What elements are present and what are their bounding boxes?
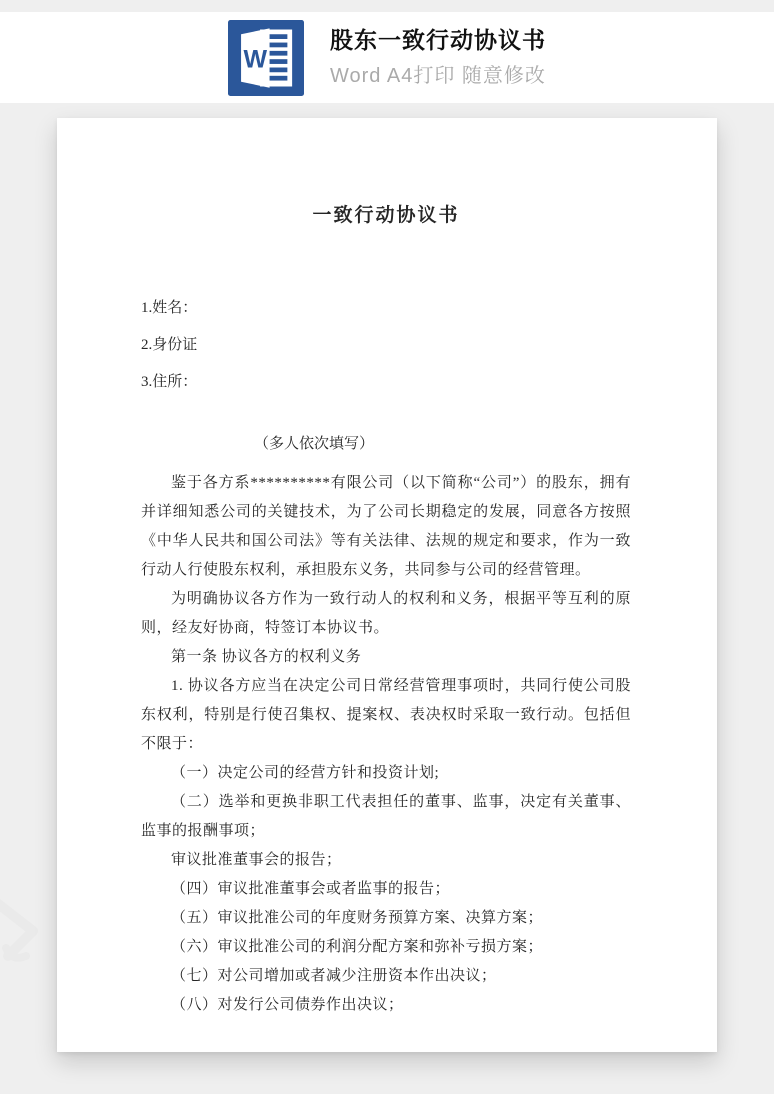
header-text: 股东一致行动协议书 Word A4打印 随意修改: [330, 28, 546, 87]
paragraph-item-8: （八）对发行公司债券作出决议；: [141, 991, 631, 1020]
fill-item-name: 1.姓名：: [141, 297, 631, 319]
document-body: 鉴于各方系**********有限公司（以下简称“公司”）的股东，拥有并详细知悉…: [141, 469, 631, 1020]
document-title: 一致行动协议书: [141, 200, 631, 227]
paragraph-item-3: 审议批准董事会的报告；: [141, 846, 631, 875]
paragraph-item-4: （四）审议批准董事会或者监事的报告；: [141, 875, 631, 904]
paragraph-article-1-heading: 第一条 协议各方的权利义务: [141, 643, 631, 672]
paragraph-item-6: （六）审议批准公司的利润分配方案和弥补亏损方案；: [141, 933, 631, 962]
paragraph-preamble-1: 鉴于各方系**********有限公司（以下简称“公司”）的股东，拥有并详细知悉…: [141, 469, 631, 585]
template-header: W 股东一致行动协议书 Word A4打印 随意修改: [0, 12, 774, 103]
preview-area: 一致行动协议书 1.姓名： 2.身份证 3.住所： （多人依次填写） 鉴于各方系…: [0, 118, 774, 1052]
paragraph-item-5: （五）审议批准公司的年度财务预算方案、决算方案；: [141, 904, 631, 933]
template-title: 股东一致行动协议书: [330, 28, 546, 53]
paragraph-item-1: （一）决定公司的经营方针和投资计划;: [141, 759, 631, 788]
fill-item-address: 3.住所：: [141, 371, 631, 393]
fill-item-id: 2.身份证: [141, 334, 631, 356]
paragraph-clause-1: 1. 协议各方应当在决定公司日常经营管理事项时，共同行使公司股东权利，特别是行使…: [141, 672, 631, 759]
paragraph-item-2: （二）选举和更换非职工代表担任的董事、监事，决定有关董事、监事的报酬事项；: [141, 788, 631, 846]
word-icon-letter: W: [244, 45, 268, 73]
paragraph-preamble-2: 为明确协议各方作为一致行动人的权利和义务，根据平等互利的原则，经友好协商，特签订…: [141, 585, 631, 643]
watermark-logo-icon: [0, 886, 58, 976]
fill-note: （多人依次填写）: [141, 433, 631, 455]
paragraph-item-7: （七）对公司增加或者减少注册资本作出决议；: [141, 962, 631, 991]
template-subtitle: Word A4打印 随意修改: [330, 65, 546, 87]
word-icon: W: [228, 20, 304, 96]
top-margin: [0, 0, 774, 12]
document-page: 一致行动协议书 1.姓名： 2.身份证 3.住所： （多人依次填写） 鉴于各方系…: [57, 118, 717, 1052]
